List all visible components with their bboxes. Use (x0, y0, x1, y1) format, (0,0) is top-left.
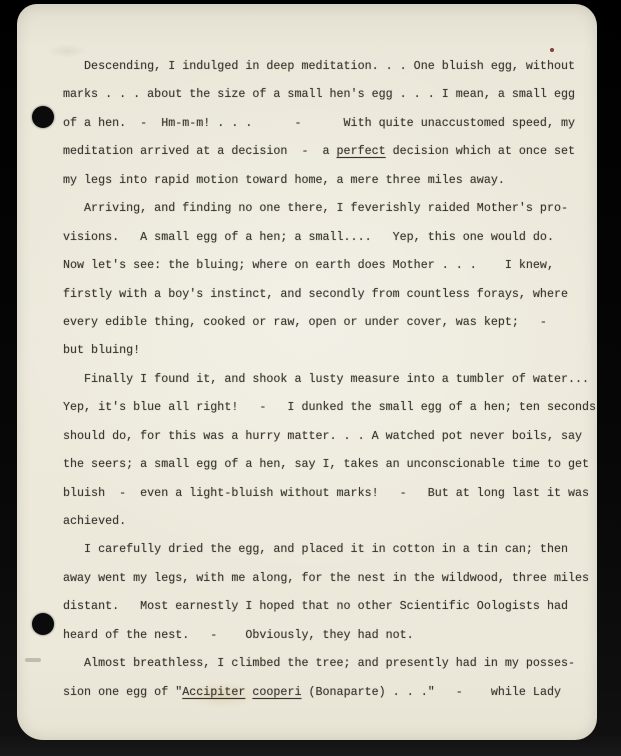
text-line: of a hen. - Hm-m-m! . . . - With quite u… (63, 109, 596, 137)
text-line: I carefully dried the egg, and placed it… (63, 535, 596, 563)
text-segment: Almost breathless, I climbed the tree; a… (63, 656, 575, 670)
punch-hole-top (32, 106, 54, 128)
text-segment: distant. Most earnestly I hoped that no … (63, 599, 568, 613)
text-line: sion one egg of "Accipiter cooperi (Bona… (63, 678, 596, 706)
pencil-dash-mark (25, 658, 41, 662)
scanner-background: Descending, I indulged in deep meditatio… (0, 0, 621, 756)
text-line: the seers; a small egg of a hen, say I, … (63, 450, 596, 478)
text-segment: of a hen. - Hm-m-m! . . . - With quite u… (63, 116, 575, 130)
typewritten-text: Descending, I indulged in deep meditatio… (63, 52, 596, 706)
punch-hole-bottom (32, 613, 54, 635)
text-segment: decision which at once set (386, 144, 575, 158)
text-segment: Descending, I indulged in deep meditatio… (63, 59, 575, 73)
text-line: should do, for this was a hurry matter. … (63, 422, 596, 450)
text-line: Now let's see: the bluing; where on eart… (63, 251, 596, 279)
text-segment: bluish - even a light-bluish without mar… (63, 486, 589, 500)
text-line: heard of the nest. - Obviously, they had… (63, 621, 596, 649)
text-segment: firstly with a boy's instinct, and secon… (63, 287, 568, 301)
text-line: visions. A small egg of a hen; a small..… (63, 223, 596, 251)
text-segment: marks . . . about the size of a small he… (63, 87, 575, 101)
text-line: Arriving, and finding no one there, I fe… (63, 194, 596, 222)
text-line: Finally I found it, and shook a lusty me… (63, 365, 596, 393)
text-segment: Finally I found it, and shook a lusty me… (63, 372, 589, 386)
text-segment: I carefully dried the egg, and placed it… (63, 542, 568, 556)
text-line: distant. Most earnestly I hoped that no … (63, 592, 596, 620)
text-line: every edible thing, cooked or raw, open … (63, 308, 596, 336)
text-segment: the seers; a small egg of a hen, say I, … (63, 457, 589, 471)
text-segment: meditation arrived at a decision - a (63, 144, 337, 158)
underlined-text: Accipiter (182, 685, 245, 699)
underlined-text: cooperi (252, 685, 301, 699)
text-segment: every edible thing, cooked or raw, open … (63, 315, 547, 329)
text-line: achieved. (63, 507, 596, 535)
text-segment: but bluing! (63, 343, 140, 357)
text-line: my legs into rapid motion toward home, a… (63, 166, 596, 194)
text-segment: heard of the nest. - Obviously, they had… (63, 628, 414, 642)
text-segment: Arriving, and finding no one there, I fe… (63, 201, 568, 215)
text-line: Descending, I indulged in deep meditatio… (63, 52, 596, 80)
text-line: but bluing! (63, 336, 596, 364)
text-segment: (Bonaparte) . . ." - while Lady (301, 685, 561, 699)
text-segment: should do, for this was a hurry matter. … (63, 429, 582, 443)
text-segment: achieved. (63, 514, 126, 528)
text-line: marks . . . about the size of a small he… (63, 80, 596, 108)
text-line: Almost breathless, I climbed the tree; a… (63, 649, 596, 677)
text-line: meditation arrived at a decision - a per… (63, 137, 596, 165)
text-segment: my legs into rapid motion toward home, a… (63, 173, 505, 187)
text-segment: Yep, it's blue all right! - I dunked the… (63, 400, 596, 414)
text-segment: visions. A small egg of a hen; a small..… (63, 230, 554, 244)
underlined-text: perfect (337, 144, 386, 158)
text-line: away went my legs, with me along, for th… (63, 564, 596, 592)
text-segment: Now let's see: the bluing; where on eart… (63, 258, 554, 272)
text-segment: away went my legs, with me along, for th… (63, 571, 589, 585)
text-line: firstly with a boy's instinct, and secon… (63, 280, 596, 308)
text-line: bluish - even a light-bluish without mar… (63, 479, 596, 507)
text-line: Yep, it's blue all right! - I dunked the… (63, 393, 596, 421)
paper-sheet: Descending, I indulged in deep meditatio… (17, 4, 597, 740)
text-segment: sion one egg of " (63, 685, 182, 699)
